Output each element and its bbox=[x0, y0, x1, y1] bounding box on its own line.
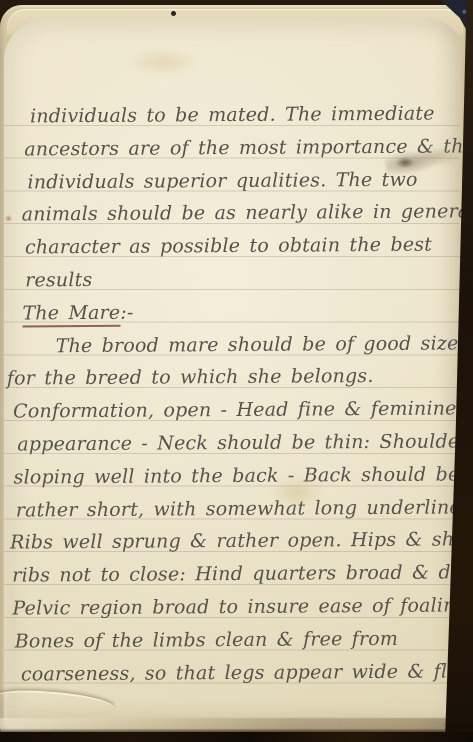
cover-edge-bottom bbox=[0, 732, 473, 742]
handwritten-line: animals should be as nearly alike in gen… bbox=[22, 196, 462, 232]
handwritten-line: Ribs well sprung & rather open. Hips & s… bbox=[10, 524, 464, 560]
section-heading-the-mare: The Mare:- bbox=[22, 294, 462, 330]
handwritten-line: Conformation, open - Head fine & feminin… bbox=[13, 393, 463, 429]
handwritten-line: ancestors are of the most importance & t… bbox=[24, 130, 461, 166]
handwritten-line: ribs not to close: Hind quarters broad &… bbox=[12, 557, 464, 593]
handwritten-line: sloping well into the back - Back should… bbox=[13, 458, 463, 494]
handwritten-line: for the breed to which she belongs. bbox=[7, 360, 463, 396]
handwritten-line: Bones of the limbs clean & free from bbox=[15, 622, 465, 658]
handwritten-line: individuals to be mated. The immediate bbox=[30, 97, 461, 133]
notebook-photo: individuals to be mated. The immediate a… bbox=[0, 0, 473, 742]
handwritten-line: results bbox=[25, 261, 462, 297]
handwritten-line: rather short, with somewhat long underli… bbox=[16, 491, 464, 527]
handwritten-line: Pelvic region broad to insure ease of fo… bbox=[12, 589, 464, 625]
handwritten-line: appearance - Neck should be thin: Should… bbox=[17, 425, 463, 461]
handwriting-block: individuals to be mated. The immediate a… bbox=[0, 97, 465, 691]
handwritten-line: character as possible to obtain the best bbox=[25, 229, 462, 265]
torn-bottom-edge bbox=[0, 718, 473, 733]
handwritten-line: individuals superior qualities. The two bbox=[27, 163, 461, 199]
handwritten-line: The brood mare should be of good size bbox=[56, 327, 463, 363]
handwritten-line: coarseness, so that legs appear wide & f… bbox=[21, 655, 465, 691]
heading-underlined-text: The Mare bbox=[22, 302, 120, 328]
heading-punctuation: :- bbox=[120, 301, 133, 323]
